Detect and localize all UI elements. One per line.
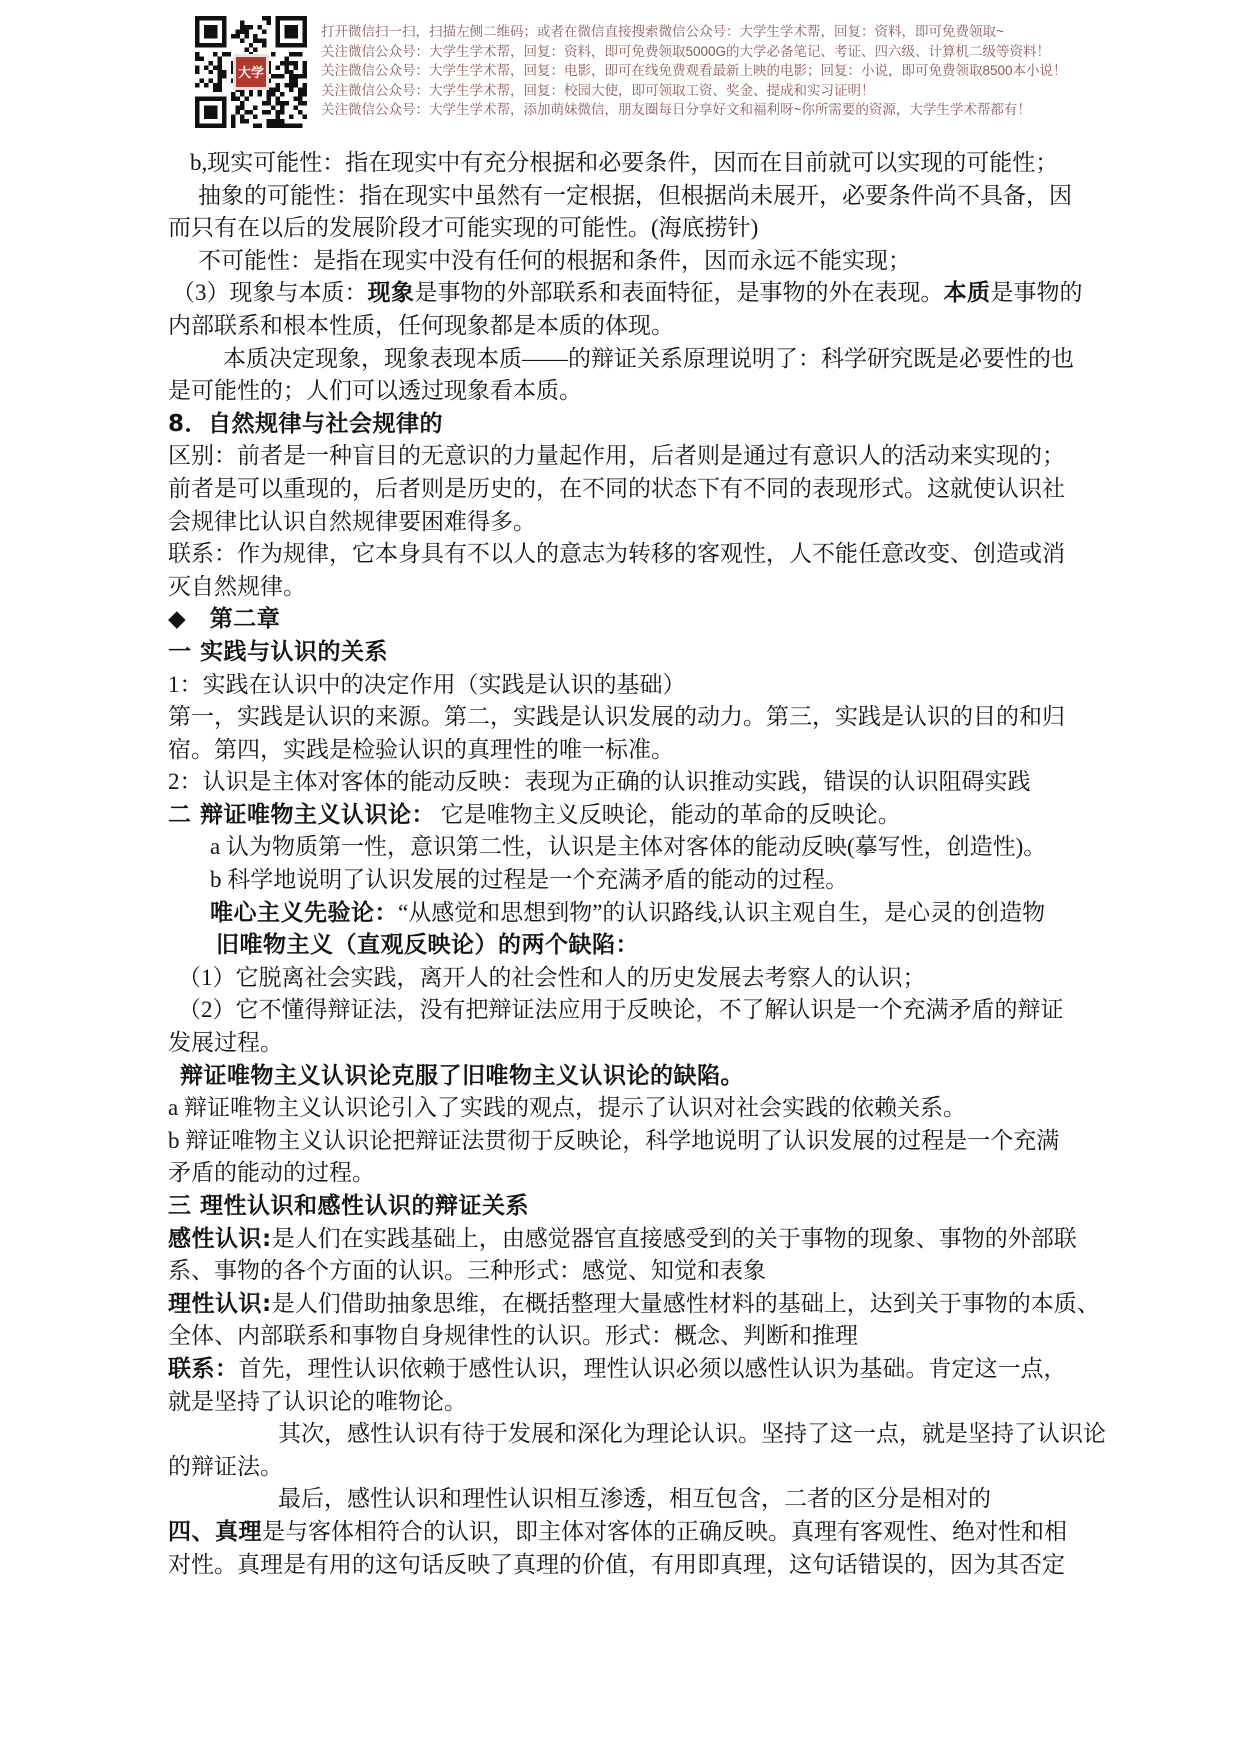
text-line: 感性认识:是人们在实践基础上，由感觉器官直接感受到的关于事物的现象、事物的外部联 bbox=[168, 1223, 1113, 1256]
text-line: 的辩证法。 bbox=[168, 1451, 1113, 1484]
text-line: 会规律比认识自然规律要困难得多。 bbox=[168, 506, 1113, 539]
text-run: 宿。第四，实践是检验认识的真理性的唯一标准。 bbox=[168, 737, 674, 762]
text-line: 抽象的可能性：指在现实中虽然有一定根据，但根据尚未展开，必要条件尚不具备，因 bbox=[168, 180, 1113, 213]
section-heading: 一 实践与认识的关系 bbox=[168, 636, 1113, 669]
text-run: 抽象的可能性：指在现实中虽然有一定根据，但根据尚未展开，必要条件尚不具备，因 bbox=[198, 183, 1072, 208]
text-run: （2）它不懂得辩证法，没有把辩证法应用于反映论，不了解认识是一个充满矛盾的辩证 bbox=[178, 997, 1064, 1022]
bold-text-run: 唯心主义先验论： bbox=[210, 900, 398, 926]
header-promo-banner: 大学 打开微信扫一扫，扫描左侧二维码；或者在微信直接搜索微信公众号：大学生学术帮… bbox=[195, 16, 1067, 128]
text-line: 理性认识:是人们借助抽象思维，在概括整理大量感性材料的基础上，达到关于事物的本质… bbox=[168, 1288, 1113, 1321]
bold-text-run: 现象 bbox=[368, 280, 415, 306]
text-run: 前者是可以重现的，后者则是历史的，在不同的状态下有不同的表现形式。这就使认识社 bbox=[168, 476, 1065, 501]
text-run: 发展过程。 bbox=[168, 1030, 283, 1055]
section-heading: 旧唯物主义（直观反映论）的两个缺陷： bbox=[168, 929, 1113, 962]
text-run: 而只有在以后的发展阶段才可能实现的可能性。(海底捞针) bbox=[168, 215, 758, 240]
bold-text-run: 二 辩证唯物主义认识论： bbox=[168, 802, 435, 828]
text-line: 前者是可以重现的，后者则是历史的，在不同的状态下有不同的表现形式。这就使认识社 bbox=[168, 473, 1113, 506]
text-run: 最后，感性认识和理性认识相互渗透，相互包含，二者的区分是相对的 bbox=[278, 1486, 991, 1511]
text-line: 发展过程。 bbox=[168, 1027, 1113, 1060]
text-line: 唯心主义先验论：“从感觉和思想到物”的认识路线,认识主观自生，是心灵的创造物 bbox=[168, 897, 1113, 930]
document-page: 大学 打开微信扫一扫，扫描左侧二维码；或者在微信直接搜索微信公众号：大学生学术帮… bbox=[0, 0, 1240, 1754]
text-run: 矛盾的能动的过程。 bbox=[168, 1160, 375, 1185]
text-line: 内部联系和根本性质，任何现象都是本质的体现。 bbox=[168, 310, 1113, 343]
document-text: b,现实可能性：指在现实中有充分根据和必要条件，因而在目前就可以实现的可能性；抽… bbox=[168, 147, 1113, 1581]
promo-line: 关注微信公众号：大学生学术帮，回复：资料，即可免费领取5000G的大学必备笔记、… bbox=[321, 42, 1067, 62]
section-heading: 三 理性认识和感性认识的辩证关系 bbox=[168, 1190, 1113, 1223]
text-run: a 认为物质第一性，意识第二性，认识是主体对客体的能动反映(摹写性，创造性)。 bbox=[210, 834, 1046, 859]
qr-code: 大学 bbox=[195, 16, 307, 128]
section-heading: 辩证唯物主义认识论克服了旧唯物主义认识论的缺陷。 bbox=[168, 1060, 1113, 1093]
text-run: “从感觉和思想到物”的认识路线,认识主观自生，是心灵的创造物 bbox=[398, 900, 1045, 925]
text-line: （1）它脱离社会实践，离开人的社会性和人的历史发展去考察人的认识； bbox=[168, 962, 1113, 995]
text-line: 联系：首先，理性认识依赖于感性认识，理性认识必须以感性认识为基础。肯定这一点， bbox=[168, 1353, 1113, 1386]
text-run: 是可能性的；人们可以透过现象看本质。 bbox=[168, 378, 582, 403]
text-run: 首先，理性认识依赖于感性认识，理性认识必须以感性认识为基础。肯定这一点， bbox=[239, 1356, 1067, 1381]
text-run: 灭自然规律。 bbox=[168, 574, 306, 599]
text-line: 联系：作为规律，它本身具有不以人的意志为转移的客观性，人不能任意改变、创造或消 bbox=[168, 538, 1113, 571]
bold-text-run: 四、真理 bbox=[168, 1519, 262, 1545]
text-run: b 科学地说明了认识发展的过程是一个充满矛盾的能动的过程。 bbox=[210, 867, 848, 892]
promo-text-block: 打开微信扫一扫，扫描左侧二维码；或者在微信直接搜索微信公众号：大学生学术帮，回复… bbox=[321, 16, 1067, 120]
promo-line: 打开微信扫一扫，扫描左侧二维码；或者在微信直接搜索微信公众号：大学生学术帮，回复… bbox=[321, 22, 1067, 42]
text-line: 最后，感性认识和理性认识相互渗透，相互包含，二者的区分是相对的 bbox=[168, 1483, 1113, 1516]
bold-text-run: 联系： bbox=[168, 1356, 239, 1382]
text-line: 系、事物的各个方面的认识。三种形式：感觉、知觉和表象 bbox=[168, 1255, 1113, 1288]
text-line: 第一，实践是认识的来源。第二，实践是认识发展的动力。第三，实践是认识的目的和归 bbox=[168, 701, 1113, 734]
text-line: 2：认识是主体对客体的能动反映：表现为正确的认识推动实践，错误的认识阻碍实践 bbox=[168, 766, 1113, 799]
text-line: 1：实践在认识中的决定作用（实践是认识的基础） bbox=[168, 669, 1113, 702]
text-run: 是事物的外部联系和表面特征，是事物的外在表现。 bbox=[415, 280, 944, 305]
text-line: b 辩证唯物主义认识论把辩证法贯彻于反映论，科学地说明了认识发展的过程是一个充满 bbox=[168, 1125, 1113, 1158]
text-run: b,现实可能性：指在现实中有充分根据和必要条件，因而在目前就可以实现的可能性； bbox=[190, 150, 1058, 175]
bold-text-run: 理性认识: bbox=[168, 1291, 272, 1317]
text-run: 区别：前者是一种盲目的无意识的力量起作用，后者则是通过有意识人的活动来实现的； bbox=[168, 443, 1065, 468]
text-run: 本质决定现象，现象表现本质——的辩证关系原理说明了：科学研究既是必要性的也 bbox=[223, 346, 1074, 371]
bold-text-run: 一 实践与认识的关系 bbox=[168, 639, 388, 665]
text-line: 而只有在以后的发展阶段才可能实现的可能性。(海底捞针) bbox=[168, 212, 1113, 245]
text-run: 1：实践在认识中的决定作用（实践是认识的基础） bbox=[168, 672, 686, 697]
text-line: 矛盾的能动的过程。 bbox=[168, 1157, 1113, 1190]
text-run: 是事物的 bbox=[991, 280, 1083, 305]
section-heading: ◆ 第二章 bbox=[168, 603, 1113, 636]
text-run: 就是坚持了认识论的唯物论。 bbox=[168, 1389, 467, 1414]
text-run: 第一，实践是认识的来源。第二，实践是认识发展的动力。第三，实践是认识的目的和归 bbox=[168, 704, 1065, 729]
promo-line: 关注微信公众号：大学生学术帮，添加萌妹微信，朋友圈每日分享好文和福利呀~你所需要… bbox=[321, 100, 1067, 120]
text-run: 对性。真理是有用的这句话反映了真理的价值，有用即真理，这句话错误的，因为其否定 bbox=[168, 1552, 1065, 1577]
bold-text-run: ◆ 第二章 bbox=[168, 606, 280, 632]
text-run: 是人们借助抽象思维，在概括整理大量感性材料的基础上，达到关于事物的本质、 bbox=[272, 1291, 1100, 1316]
text-run: 它是唯物主义反映论，能动的革命的反映论。 bbox=[435, 802, 901, 827]
text-run: 2：认识是主体对客体的能动反映：表现为正确的认识推动实践，错误的认识阻碍实践 bbox=[168, 769, 1031, 794]
text-run: 的辩证法。 bbox=[168, 1454, 283, 1479]
text-line: 就是坚持了认识论的唯物论。 bbox=[168, 1386, 1113, 1419]
text-run: 内部联系和根本性质，任何现象都是本质的体现。 bbox=[168, 313, 674, 338]
text-line: 二 辩证唯物主义认识论： 它是唯物主义反映论，能动的革命的反映论。 bbox=[168, 799, 1113, 832]
bold-text-run: 感性认识: bbox=[168, 1226, 272, 1252]
text-run: 会规律比认识自然规律要困难得多。 bbox=[168, 509, 536, 534]
text-line: 灭自然规律。 bbox=[168, 571, 1113, 604]
section-heading: 8．自然规律与社会规律的 bbox=[168, 408, 1113, 441]
text-run: 是人们在实践基础上，由感觉器官直接感受到的关于事物的现象、事物的外部联 bbox=[272, 1226, 1077, 1251]
text-line: 本质决定现象，现象表现本质——的辩证关系原理说明了：科学研究既是必要性的也 bbox=[168, 343, 1113, 376]
bold-text-run: 8．自然规律与社会规律的 bbox=[168, 411, 443, 437]
text-line: 对性。真理是有用的这句话反映了真理的价值，有用即真理，这句话错误的，因为其否定 bbox=[168, 1549, 1113, 1582]
text-run: （1）它脱离社会实践，离开人的社会性和人的历史发展去考察人的认识； bbox=[178, 965, 926, 990]
bold-text-run: 本质 bbox=[944, 280, 991, 306]
text-line: 不可能性：是指在现实中没有任何的根据和条件，因而永远不能实现； bbox=[168, 245, 1113, 278]
text-run: 联系：作为规律，它本身具有不以人的意志为转移的客观性，人不能任意改变、创造或消 bbox=[168, 541, 1065, 566]
text-line: （2）它不懂得辩证法，没有把辩证法应用于反映论，不了解认识是一个充满矛盾的辩证 bbox=[168, 994, 1113, 1027]
qr-logo-label: 大学 bbox=[238, 66, 264, 79]
bold-text-run: 三 理性认识和感性认识的辩证关系 bbox=[168, 1193, 529, 1219]
text-line: 其次，感性认识有待于发展和深化为理论认识。坚持了这一点，就是坚持了认识论 bbox=[168, 1418, 1113, 1451]
text-line: 是可能性的；人们可以透过现象看本质。 bbox=[168, 375, 1113, 408]
text-line: 区别：前者是一种盲目的无意识的力量起作用，后者则是通过有意识人的活动来实现的； bbox=[168, 440, 1113, 473]
text-run: 不可能性：是指在现实中没有任何的根据和条件，因而永远不能实现； bbox=[198, 248, 911, 273]
text-line: （3）现象与本质：现象是事物的外部联系和表面特征，是事物的外在表现。本质是事物的 bbox=[168, 277, 1113, 310]
text-run: 系、事物的各个方面的认识。三种形式：感觉、知觉和表象 bbox=[168, 1258, 766, 1283]
text-run: 是与客体相符合的认识，即主体对客体的正确反映。真理有客观性、绝对性和相 bbox=[262, 1519, 1067, 1544]
bold-text-run: 旧唯物主义（直观反映论）的两个缺陷： bbox=[216, 932, 639, 958]
text-line: b,现实可能性：指在现实中有充分根据和必要条件，因而在目前就可以实现的可能性； bbox=[168, 147, 1113, 180]
text-run: b 辩证唯物主义认识论把辩证法贯彻于反映论，科学地说明了认识发展的过程是一个充满 bbox=[168, 1128, 1059, 1153]
text-line: 宿。第四，实践是检验认识的真理性的唯一标准。 bbox=[168, 734, 1113, 767]
qr-center-logo: 大学 bbox=[233, 54, 269, 90]
text-run: 其次，感性认识有待于发展和深化为理论认识。坚持了这一点，就是坚持了认识论 bbox=[278, 1421, 1106, 1446]
text-line: a 辩证唯物主义认识论引入了实践的观点，提示了认识对社会实践的依赖关系。 bbox=[168, 1092, 1113, 1125]
text-line: b 科学地说明了认识发展的过程是一个充满矛盾的能动的过程。 bbox=[168, 864, 1113, 897]
text-run: a 辩证唯物主义认识论引入了实践的观点，提示了认识对社会实践的依赖关系。 bbox=[168, 1095, 966, 1120]
text-run: 全体、内部联系和事物自身规律性的认识。形式：概念、判断和推理 bbox=[168, 1323, 858, 1348]
text-line: 四、真理是与客体相符合的认识，即主体对客体的正确反映。真理有客观性、绝对性和相 bbox=[168, 1516, 1113, 1549]
promo-line: 关注微信公众号：大学生学术帮，回复：校园大使，即可领取工资、奖金、提成和实习证明… bbox=[321, 81, 1067, 101]
bold-text-run: 辩证唯物主义认识论克服了旧唯物主义认识论的缺陷。 bbox=[180, 1063, 744, 1089]
text-run: （3）现象与本质： bbox=[172, 280, 368, 305]
text-line: 全体、内部联系和事物自身规律性的认识。形式：概念、判断和推理 bbox=[168, 1320, 1113, 1353]
text-line: a 认为物质第一性，意识第二性，认识是主体对客体的能动反映(摹写性，创造性)。 bbox=[168, 831, 1113, 864]
promo-line: 关注微信公众号：大学生学术帮，回复：电影，即可在线免费观看最新上映的电影；回复：… bbox=[321, 61, 1067, 81]
